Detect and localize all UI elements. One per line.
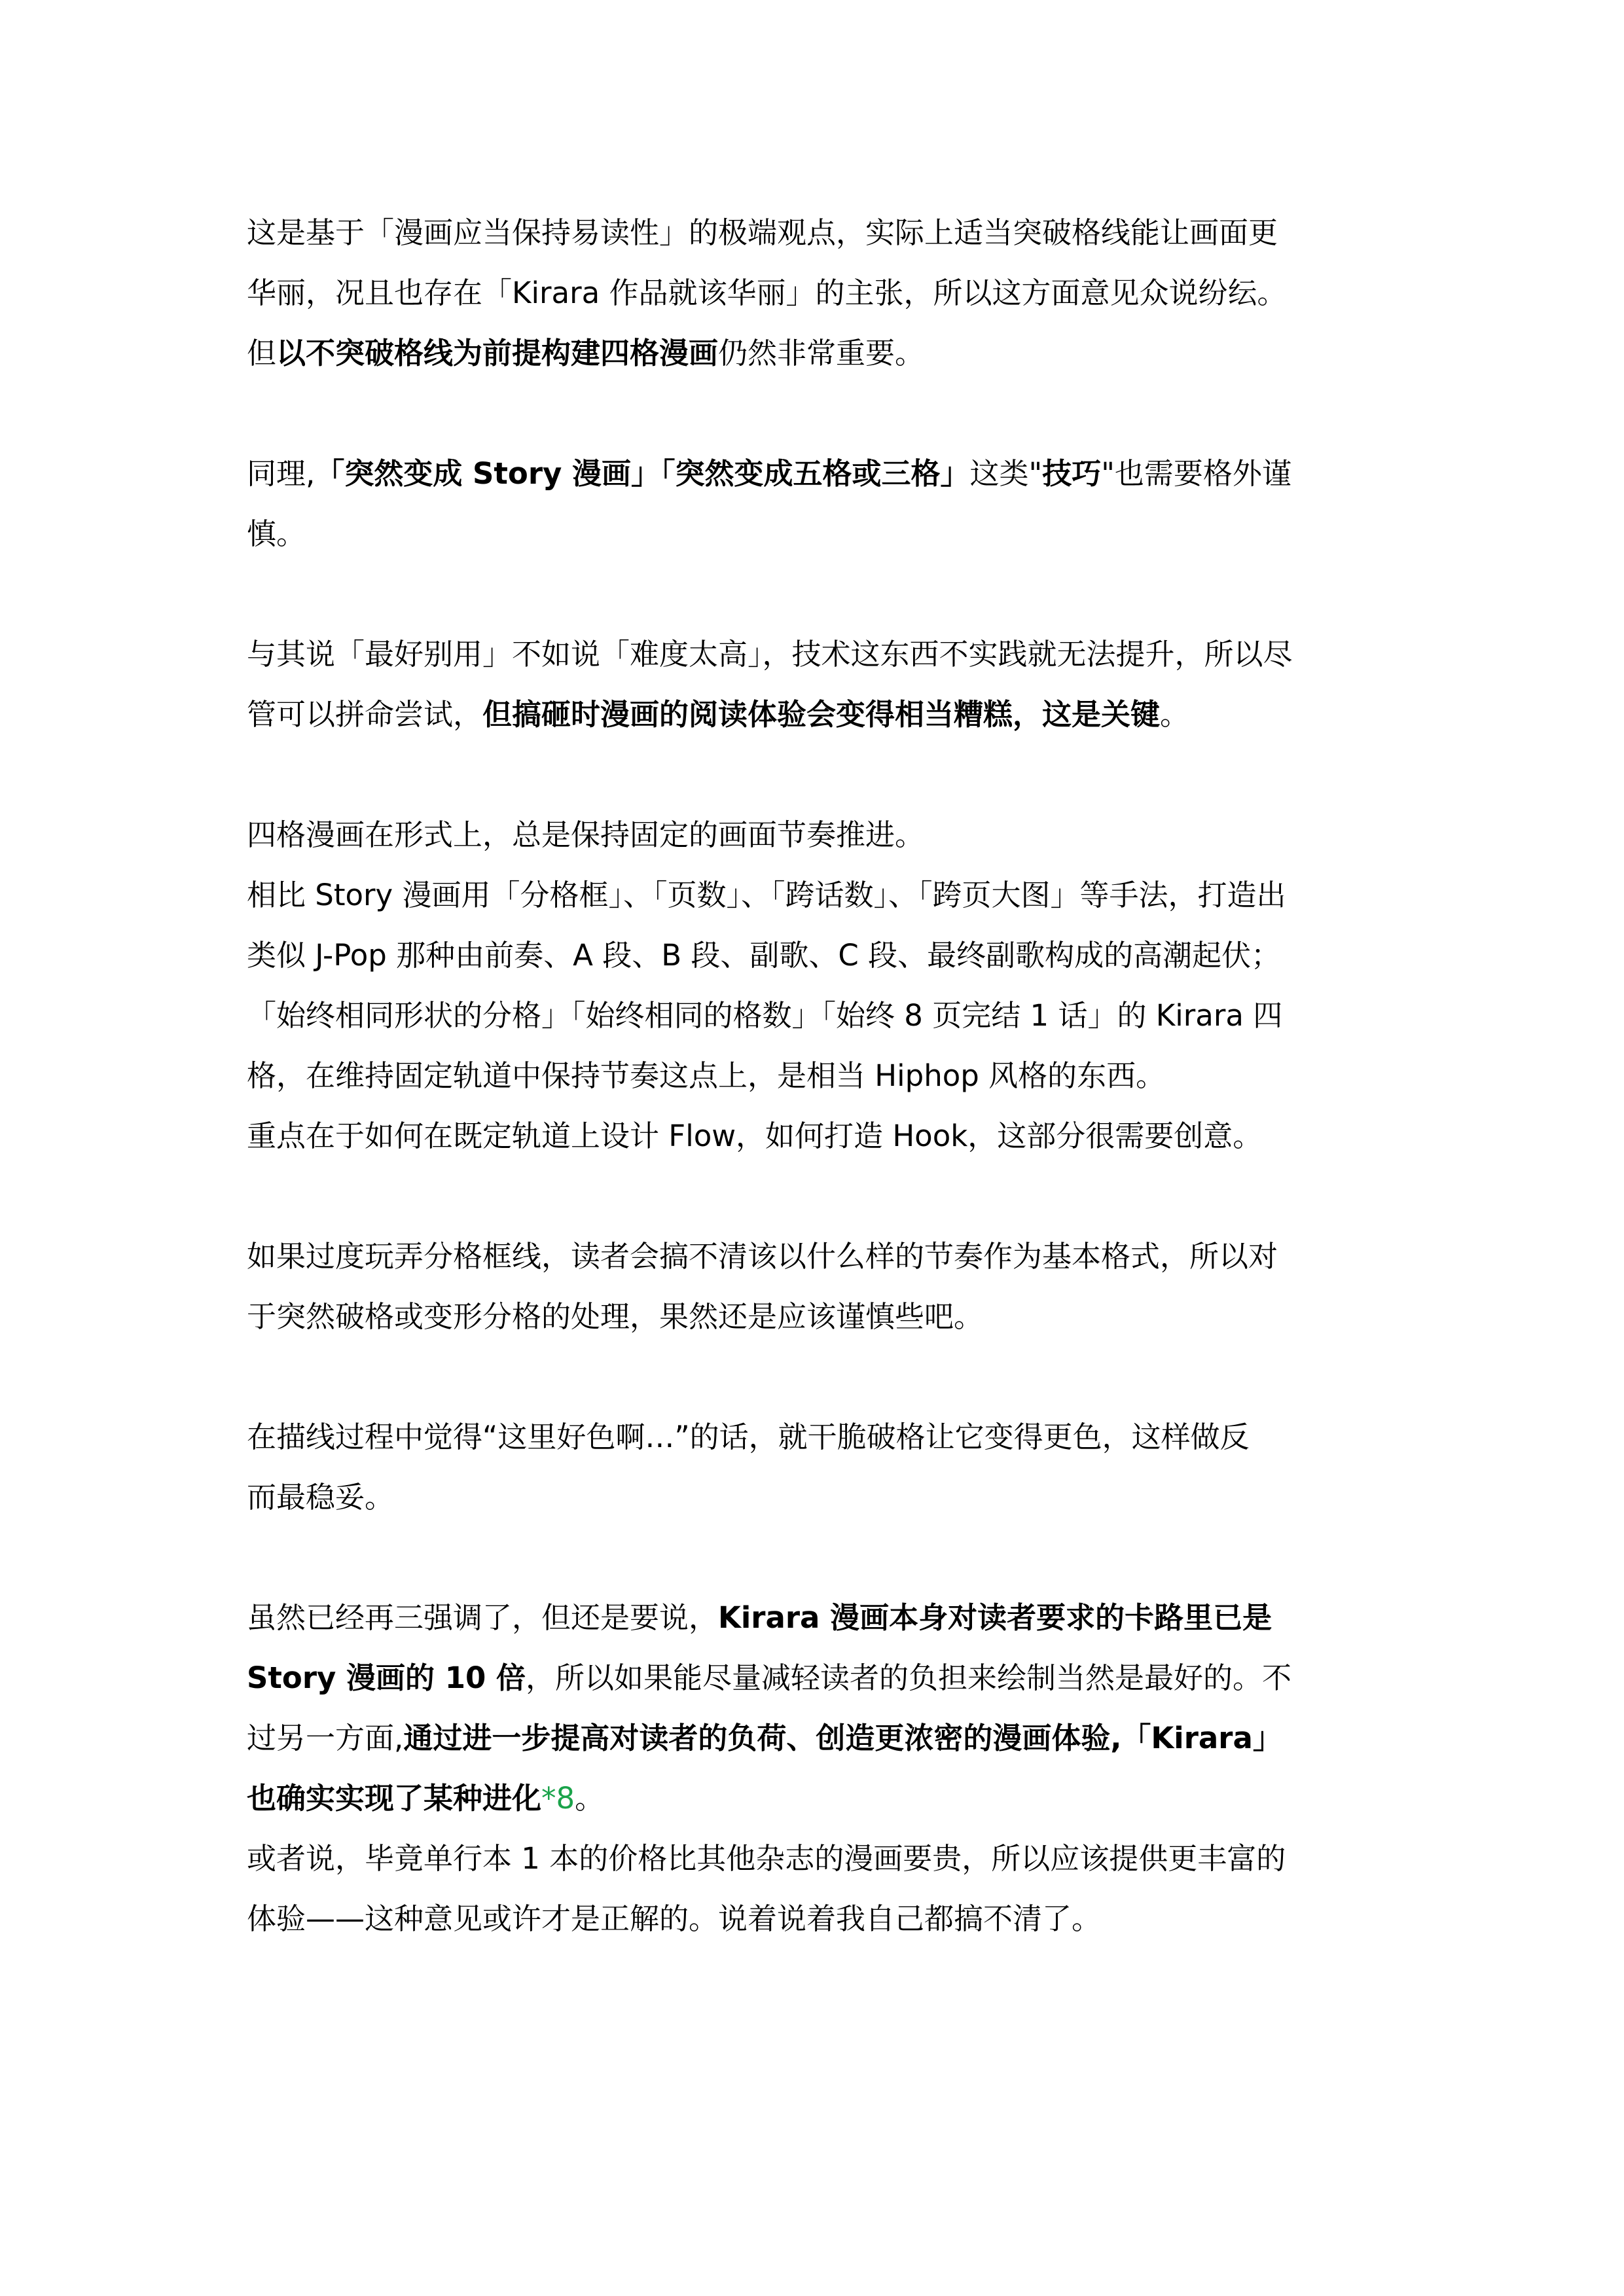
body-text: 如果过度玩弄分格框线，读者会搞不清该以什么样的节奏作为基本格式，所以对: [247, 1239, 1278, 1274]
text-line: 而最稳妥。: [247, 1467, 1382, 1528]
body-text: 华丽，况且也存在「Kirara 作品就该华丽」的主张，所以这方面意见众说纷纭。: [247, 276, 1286, 310]
text-line: 慎。: [247, 504, 1382, 564]
text-line: 也确实实现了某种进化*8。: [247, 1768, 1382, 1829]
body-text: 而最稳妥。: [247, 1480, 394, 1515]
body-text: 重点在于如何在既定轨道上设计 Flow，如何打造 Hook，这部分很需要创意。: [247, 1119, 1262, 1153]
body-text: ，所以如果能尽量减轻读者的负担来绘制当然是最好的。不: [526, 1660, 1291, 1695]
body-text: 但: [247, 336, 276, 370]
bold-text: 但搞砸时漫画的阅读体验会变得相当糟糕，这是关键: [482, 697, 1160, 732]
text-line: 在描线过程中觉得“这里好色啊…”的话，就干脆破格让它变得更色，这样做反: [247, 1407, 1382, 1467]
bold-text: 也确实实现了某种进化: [247, 1781, 541, 1816]
text-line: 管可以拼命尝试，但搞砸时漫画的阅读体验会变得相当糟糕，这是关键。: [247, 685, 1382, 745]
bold-text: 技巧: [1042, 456, 1101, 491]
text-line: 类似 J-Pop 那种由前奏、A 段、B 段、副歌、C 段、最终副歌构成的高潮起…: [247, 925, 1382, 986]
body-text: 同理,: [247, 456, 315, 491]
body-text: 管可以拼命尝试，: [247, 697, 482, 732]
body-text: 格，在维持固定轨道中保持节奏这点上，是相当 Hiphop 风格的东西。: [247, 1058, 1165, 1093]
body-text: 这类": [970, 456, 1043, 491]
footnote-link[interactable]: *8: [541, 1781, 575, 1816]
text-line: 如果过度玩弄分格框线，读者会搞不清该以什么样的节奏作为基本格式，所以对: [247, 1227, 1382, 1287]
paragraph: 同理,「突然变成 Story 漫画」「突然变成五格或三格」这类"技巧"也需要格外…: [247, 444, 1382, 564]
body-text: 类似 J-Pop 那种由前奏、A 段、B 段、副歌、C 段、最终副歌构成的高潮起…: [247, 938, 1280, 973]
paragraph: 这是基于「漫画应当保持易读性」的极端观点，实际上适当突破格线能让画面更华丽，况且…: [247, 203, 1382, 384]
text-line: Story 漫画的 10 倍，所以如果能尽量减轻读者的负担来绘制当然是最好的。不: [247, 1648, 1382, 1708]
body-text: 四格漫画在形式上，总是保持固定的画面节奏推进。: [247, 817, 924, 852]
paragraph: 虽然已经再三强调了，但还是要说，Kirara 漫画本身对读者要求的卡路里已是St…: [247, 1588, 1382, 1949]
body-text: 相比 Story 漫画用「分格框」、「页数」、「跨话数」、「跨页大图」等手法，打…: [247, 878, 1286, 912]
bold-text: 以不突破格线为前提构建四格漫画: [276, 336, 718, 370]
body-text: 慎。: [247, 516, 306, 551]
bold-text: Kirara 漫画本身对读者要求的卡路里已是: [718, 1600, 1272, 1635]
body-text: 仍然非常重要。: [718, 336, 924, 370]
body-text: 。: [575, 1781, 604, 1816]
paragraph: 在描线过程中觉得“这里好色啊…”的话，就干脆破格让它变得更色，这样做反而最稳妥。: [247, 1407, 1382, 1528]
text-line: 同理,「突然变成 Story 漫画」「突然变成五格或三格」这类"技巧"也需要格外…: [247, 444, 1382, 504]
text-line: 体验——这种意见或许才是正解的。说着说着我自己都搞不清了。: [247, 1889, 1382, 1949]
text-line: 格，在维持固定轨道中保持节奏这点上，是相当 Hiphop 风格的东西。: [247, 1046, 1382, 1106]
paragraph: 如果过度玩弄分格框线，读者会搞不清该以什么样的节奏作为基本格式，所以对于突然破格…: [247, 1227, 1382, 1347]
body-text: 过另一方面,: [247, 1721, 403, 1755]
text-line: 相比 Story 漫画用「分格框」、「页数」、「跨话数」、「跨页大图」等手法，打…: [247, 865, 1382, 925]
body-text: 。: [1160, 697, 1189, 732]
paragraph: 四格漫画在形式上，总是保持固定的画面节奏推进。相比 Story 漫画用「分格框」…: [247, 805, 1382, 1166]
text-line: 但以不突破格线为前提构建四格漫画仍然非常重要。: [247, 323, 1382, 384]
bold-text: Story 漫画的 10 倍: [247, 1660, 526, 1695]
bold-text: 「突然变成 Story 漫画」「突然变成五格或三格」: [315, 456, 969, 491]
body-text: 这是基于「漫画应当保持易读性」的极端观点，实际上适当突破格线能让画面更: [247, 215, 1278, 250]
text-line: 这是基于「漫画应当保持易读性」的极端观点，实际上适当突破格线能让画面更: [247, 203, 1382, 263]
body-text: 「始终相同形状的分格」「始终相同的格数」「始终 8 页完结 1 话」的 Kira…: [247, 998, 1282, 1033]
text-line: 或者说，毕竟单行本 1 本的价格比其他杂志的漫画要贵，所以应该提供更丰富的: [247, 1829, 1382, 1889]
paragraph: 与其说「最好别用」不如说「难度太高」，技术这东西不实践就无法提升，所以尽管可以拼…: [247, 624, 1382, 745]
body-text: 或者说，毕竟单行本 1 本的价格比其他杂志的漫画要贵，所以应该提供更丰富的: [247, 1841, 1286, 1876]
text-line: 华丽，况且也存在「Kirara 作品就该华丽」的主张，所以这方面意见众说纷纭。: [247, 263, 1382, 323]
body-text: "也需要格外谨: [1101, 456, 1291, 491]
text-line: 于突然破格或变形分格的处理，果然还是应该谨慎些吧。: [247, 1287, 1382, 1347]
text-line: 与其说「最好别用」不如说「难度太高」，技术这东西不实践就无法提升，所以尽: [247, 624, 1382, 685]
bold-text: 通过进一步提高对读者的负荷、创造更浓密的漫画体验,「Kirara」: [403, 1721, 1282, 1755]
body-text: 虽然已经再三强调了，但还是要说，: [247, 1600, 718, 1635]
body-text: 于突然破格或变形分格的处理，果然还是应该谨慎些吧。: [247, 1299, 983, 1334]
text-line: 虽然已经再三强调了，但还是要说，Kirara 漫画本身对读者要求的卡路里已是: [247, 1588, 1382, 1648]
body-text: 体验——这种意见或许才是正解的。说着说着我自己都搞不清了。: [247, 1901, 1101, 1936]
text-line: 重点在于如何在既定轨道上设计 Flow，如何打造 Hook，这部分很需要创意。: [247, 1106, 1382, 1166]
document-page: 这是基于「漫画应当保持易读性」的极端观点，实际上适当突破格线能让画面更华丽，况且…: [247, 203, 1382, 2009]
text-line: 四格漫画在形式上，总是保持固定的画面节奏推进。: [247, 805, 1382, 865]
body-text: 与其说「最好别用」不如说「难度太高」，技术这东西不实践就无法提升，所以尽: [247, 637, 1293, 672]
text-line: 「始终相同形状的分格」「始终相同的格数」「始终 8 页完结 1 话」的 Kira…: [247, 986, 1382, 1046]
body-text: 在描线过程中觉得“这里好色啊…”的话，就干脆破格让它变得更色，这样做反: [247, 1420, 1250, 1454]
text-line: 过另一方面,通过进一步提高对读者的负荷、创造更浓密的漫画体验,「Kirara」: [247, 1708, 1382, 1768]
